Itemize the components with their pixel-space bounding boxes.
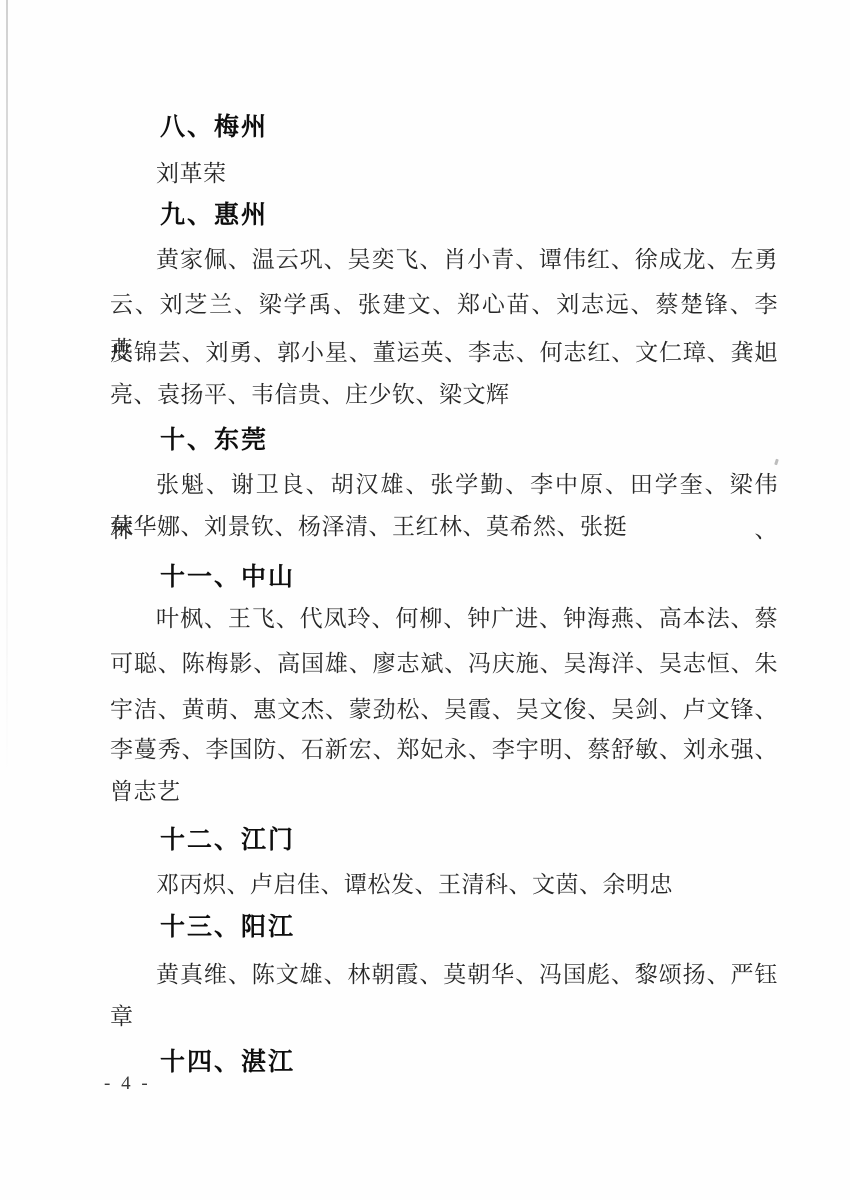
heading-12-jiangmen: 十二、江门 <box>110 818 778 863</box>
heading-13-yangjiang: 十三、阳江 <box>110 905 778 950</box>
heading-11-zhongshan: 十一、中山 <box>110 555 778 600</box>
names-huizhou-line-3: 皮锦芸、刘勇、郭小星、董运英、李志、何志红、文仁璋、龚旭 <box>110 330 778 375</box>
names-huizhou-line-2: 云、刘芝兰、梁学禹、张建文、郑心苗、刘志远、蔡楚锋、李燕、 <box>110 282 778 327</box>
names-jiangmen: 邓丙炽、卢启佳、谭松发、王清科、文茵、余明忠 <box>110 862 778 907</box>
names-dongguan-line-2: 荣华娜、刘景钦、杨泽清、王红林、莫希然、张挺 <box>110 504 778 549</box>
scan-edge-shadow <box>6 0 8 780</box>
heading-9-huizhou: 九、惠州 <box>110 193 778 238</box>
document-page: 八、梅州 刘革荣 九、惠州 黄家佩、温云巩、吴奕飞、肖小青、谭伟红、徐成龙、左勇… <box>0 0 850 1200</box>
names-dongguan-line-1: 张魁、谢卫良、胡汉雄、张学勤、李中原、田学奎、梁伟林、 <box>110 462 778 507</box>
names-zhongshan-line-2: 可聪、陈梅影、高国雄、廖志斌、冯庆施、吴海洋、吴志恒、朱 <box>110 641 778 686</box>
heading-10-dongguan: 十、东莞 <box>110 418 778 463</box>
names-huizhou-line-1: 黄家佩、温云巩、吴奕飞、肖小青、谭伟红、徐成龙、左勇 <box>110 237 778 282</box>
names-yangjiang-line-1: 黄真维、陈文雄、林朝霞、莫朝华、冯国彪、黎颂扬、严钰 <box>110 952 778 997</box>
names-zhongshan-line-4: 李蔓秀、李国防、石新宏、郑妃永、李宇明、蔡舒敏、刘永强、 <box>110 727 778 772</box>
names-zhongshan-line-3: 宇洁、黄萌、惠文杰、蒙劲松、吴霞、吴文俊、吴剑、卢文锋、 <box>110 687 778 732</box>
names-yangjiang-line-2: 章 <box>110 994 778 1039</box>
heading-8-meizhou: 八、梅州 <box>110 105 778 150</box>
names-meizhou: 刘革荣 <box>110 151 778 196</box>
names-zhongshan-line-1: 叶枫、王飞、代凤玲、何柳、钟广进、钟海燕、高本法、蔡 <box>110 596 778 641</box>
names-huizhou-line-4: 亮、袁扬平、韦信贵、庄少钦、梁文辉 <box>110 372 778 417</box>
names-zhongshan-line-5: 曾志艺 <box>110 769 778 814</box>
page-number: - 4 - <box>104 1072 151 1096</box>
heading-14-zhanjiang: 十四、湛江 <box>110 1040 778 1085</box>
